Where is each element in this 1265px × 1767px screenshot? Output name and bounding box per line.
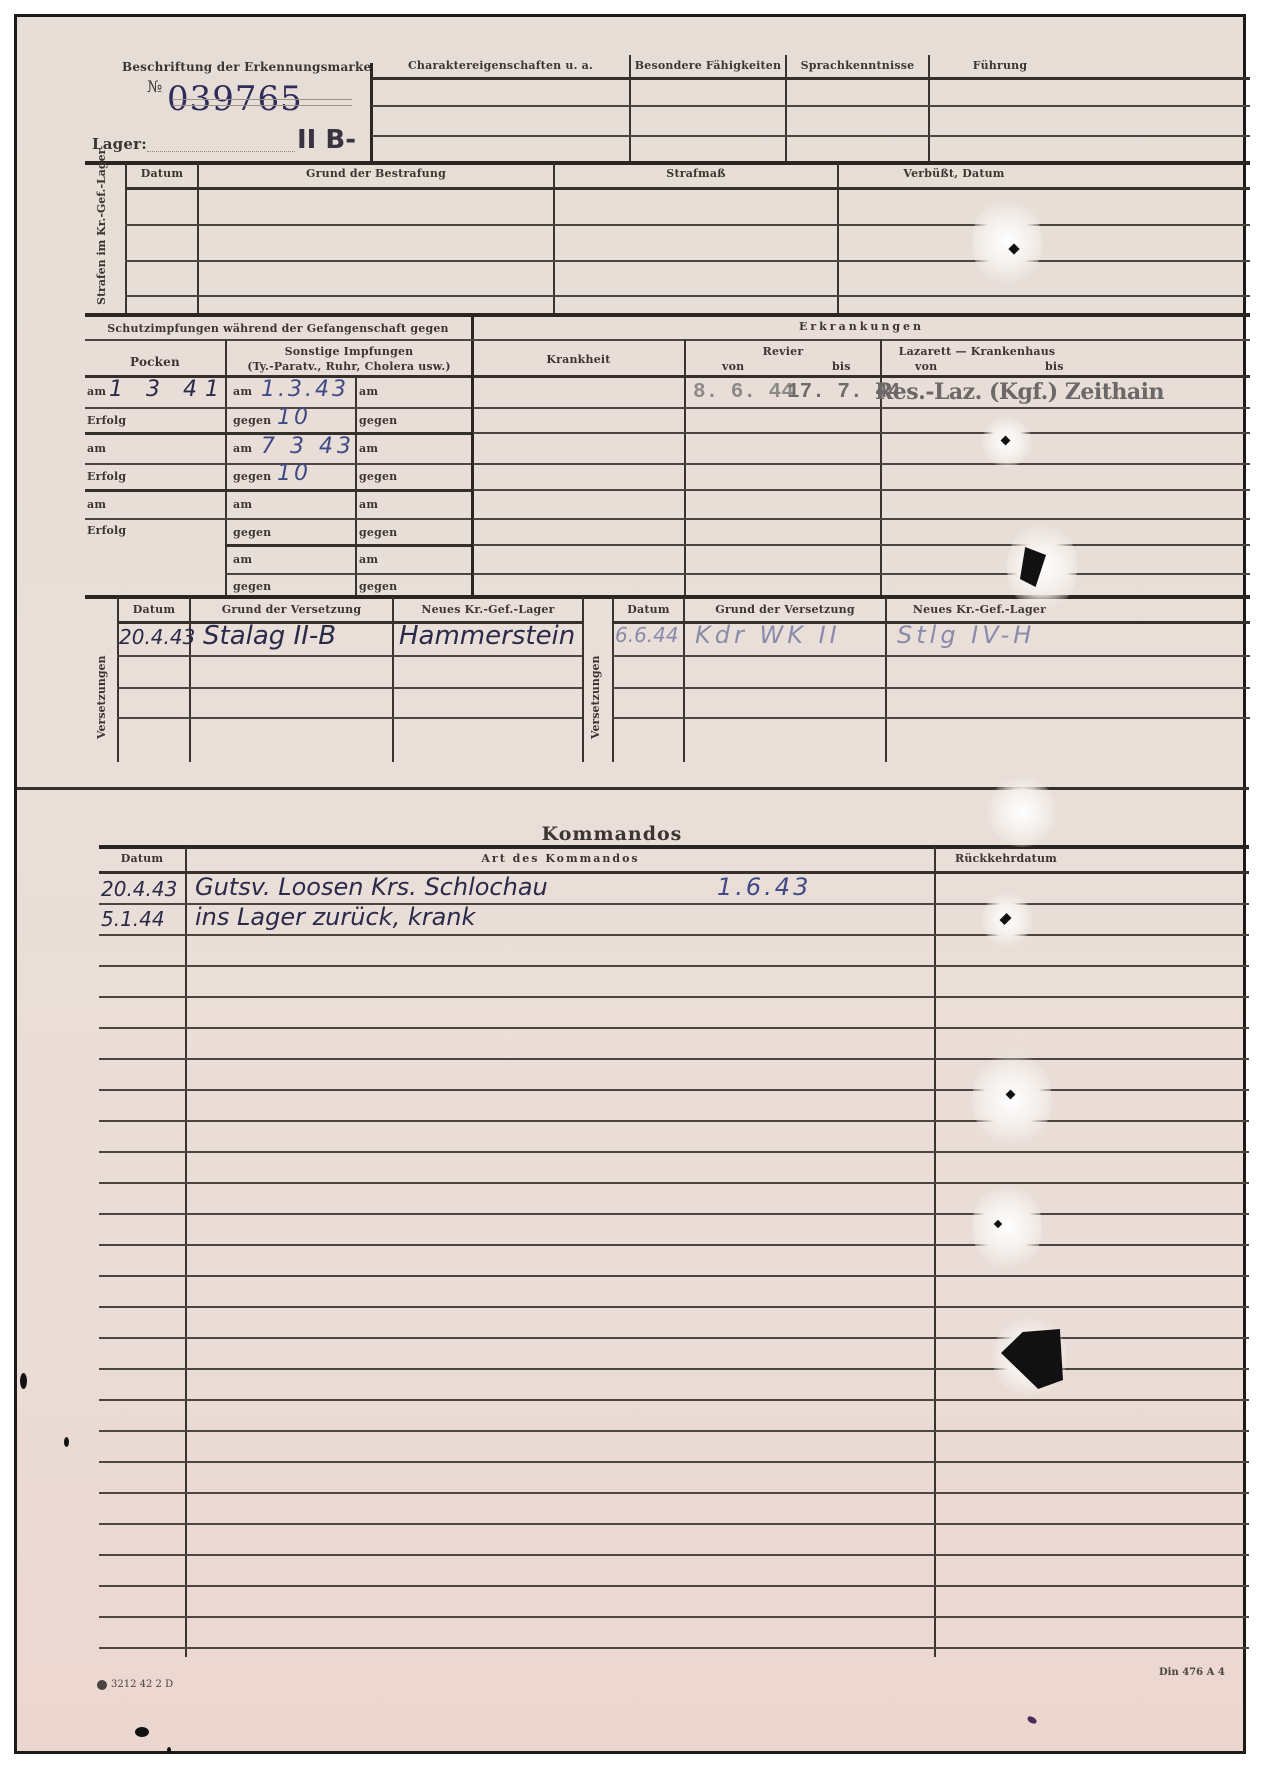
lager-dotted-line [147, 151, 295, 152]
din-label: Din 476 A 4 [1159, 1667, 1225, 1678]
transfer-right-grund: Kdr WK II [695, 621, 841, 649]
other-vacc-label: Sonstige Impfungen [227, 345, 471, 358]
other-vacc-sublabel: (Ty.-Paratv., Ruhr, Cholera usw.) [227, 360, 471, 373]
lazarett-label: Lazarett — Krankenhaus [882, 345, 1072, 358]
pocken-am-value-1: 1 3 41 [109, 377, 227, 402]
revier-bis-label: bis [832, 360, 851, 373]
transfer-col-datum-2: Datum [614, 603, 683, 616]
other-gegen-label-2b: gegen [359, 470, 397, 483]
transfer-right-lager: Stlg IV-H [897, 621, 1035, 649]
punishments-side-label: Strafen im Kr.-Gef.-Lager [95, 185, 108, 305]
kommando-col-art: Art des Kommandos [187, 852, 934, 865]
lager-stamp: II B- [297, 125, 356, 155]
col-charakter: Charaktereigenschaften u. a. [372, 59, 629, 72]
kommandos-title: Kommandos [397, 823, 827, 845]
transfer-left-grund: Stalag II-B [203, 621, 336, 651]
kommando-datum-2: 5.1.44 [101, 907, 165, 931]
pocken-am-label-1: am [87, 385, 106, 398]
kommando-datum-1: 20.4.43 [101, 877, 177, 901]
pocken-erfolg-label-2: Erfolg [87, 470, 126, 483]
col-grund-bestrafung: Grund der Bestrafung [199, 167, 553, 180]
other-gegen-label-1b: gegen [359, 414, 397, 427]
kommando-art-1: Gutsv. Loosen Krs. Schlochau [195, 873, 548, 901]
col-fuehrung: Führung [930, 59, 1070, 72]
other-am-value-2: 7 3 43 [261, 434, 355, 459]
transfer-left-lager: Hammerstein [399, 621, 575, 651]
transfers-side-label-left: Versetzungen [95, 639, 108, 739]
revier-von-label: von [722, 360, 744, 373]
transfer-col-lager: Neues Kr.-Gef.-Lager [394, 603, 582, 616]
pocken-am-label-2: am [87, 442, 106, 455]
other-gegen-label-4: gegen [233, 580, 271, 593]
kommando-note-1: 1.6.43 [717, 873, 811, 901]
transfer-col-datum: Datum [119, 603, 189, 616]
pocken-label: Pocken [85, 355, 225, 369]
col-strafmass: Strafmaß [555, 167, 837, 180]
print-code: 3212 42 2 D [97, 1679, 173, 1690]
transfer-right-datum: 6.6.44 [615, 623, 679, 647]
krankheit-label: Krankheit [473, 353, 684, 366]
fold-line [17, 787, 1249, 790]
other-am-label-4b: am [359, 553, 378, 566]
pocken-erfolg-label-1: Erfolg [87, 414, 126, 427]
pocken-am-label-3: am [87, 498, 106, 511]
revier-von-stamp: 8. 6. 44 [693, 381, 794, 404]
other-am-label-4: am [233, 553, 252, 566]
damage-hole-6 [972, 1052, 1052, 1147]
lazarett-von-label: von [915, 360, 937, 373]
kommando-art-2: ins Lager zurück, krank [195, 903, 475, 931]
damage-hole-7 [972, 1182, 1042, 1272]
transfer-col-grund: Grund der Versetzung [191, 603, 392, 616]
other-am-label-1: am [233, 385, 252, 398]
lazarett-stamp: Res.-Laz. (Kgf.) Zeithain [875, 379, 1164, 405]
other-gegen-label-2: gegen [233, 470, 271, 483]
col-faehigkeiten: Besondere Fähigkeiten [631, 59, 785, 72]
illnesses-title: Erkrankungen [473, 320, 1250, 333]
other-am-label-2: am [233, 442, 252, 455]
print-code-text: 3212 42 2 D [111, 1679, 173, 1690]
transfers-side-label-right: Versetzungen [589, 639, 602, 739]
col-datum: Datum [127, 167, 197, 180]
other-gegen-label-3b: gegen [359, 526, 397, 539]
other-gegen-value-1: 10 [277, 405, 311, 430]
kommando-col-rueckkehr: Rückkehrdatum [936, 852, 1076, 865]
col-verbuesst: Verbüßt, Datum [839, 167, 1069, 180]
other-gegen-label-4b: gegen [359, 580, 397, 593]
number-prefix: № [147, 77, 162, 96]
other-am-label-2b: am [359, 442, 378, 455]
damage-hole-4 [987, 777, 1057, 847]
other-am-label-3: am [233, 498, 252, 511]
damage-hole-1 [972, 197, 1042, 287]
vaccinations-title: Schutzimpfungen während der Gefangenscha… [85, 322, 471, 335]
col-sprachkenntnisse: Sprachkenntnisse [787, 59, 928, 72]
transfer-col-grund-2: Grund der Versetzung [685, 603, 885, 616]
revier-label: Revier [686, 345, 880, 358]
pocken-erfolg-label-3: Erfolg [87, 524, 126, 537]
print-mark-icon [97, 1680, 107, 1690]
other-am-value-1: 1.3.43 [261, 377, 349, 402]
kommando-col-datum: Datum [99, 852, 185, 865]
pow-record-card: Beschriftung der Erkennungsmarke № 03976… [14, 14, 1246, 1754]
other-gegen-value-2: 10 [277, 461, 311, 486]
id-tag-title: Beschriftung der Erkennungsmarke [122, 60, 371, 74]
lazarett-bis-label: bis [1045, 360, 1064, 373]
other-gegen-label-3: gegen [233, 526, 271, 539]
other-am-label-3b: am [359, 498, 378, 511]
other-am-label-1b: am [359, 385, 378, 398]
transfer-left-datum: 20.4.43 [119, 625, 195, 649]
other-gegen-label-1: gegen [233, 414, 271, 427]
